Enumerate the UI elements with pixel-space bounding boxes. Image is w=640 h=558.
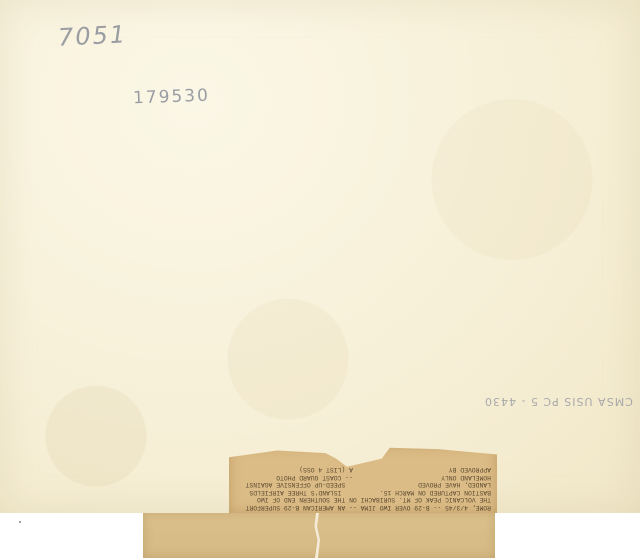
caption-line: LANDED, HAVE PROVED SPEED-UP OFFENSIVE A… bbox=[246, 481, 491, 488]
handwritten-reference-note: CMSA USIS PC 5 - 4430 bbox=[484, 395, 633, 408]
caption-line: HOMELAND ONLY -- COAST GUARD PHOTO bbox=[276, 474, 491, 481]
caption-line: ROME, 4/3/45 -- B-29 OVER IWO JIMA -- AN… bbox=[246, 504, 491, 511]
caption-line: APPROVED BY A (LIST 4 OSS) bbox=[299, 466, 491, 473]
handwritten-number-2: 179530 bbox=[133, 86, 211, 109]
caption-line: BASTION CAPTURED ON MARCH 15. ISLAND'S T… bbox=[249, 489, 491, 496]
scan-speck bbox=[19, 521, 21, 523]
photo-back-paper: 7051 179530 CMSA USIS PC 5 - 4430 bbox=[0, 0, 640, 513]
handwritten-number-1: 7051 bbox=[57, 20, 127, 52]
caption-text: ROME, 4/3/45 -- B-29 OVER IWO JIMA -- AN… bbox=[235, 455, 491, 511]
caption-line: THE VOLCANIC PEAK OF MT. SURIBACHI ON TH… bbox=[257, 496, 491, 503]
adhesive-tape-strip bbox=[143, 513, 495, 558]
tape-tear bbox=[313, 513, 323, 558]
